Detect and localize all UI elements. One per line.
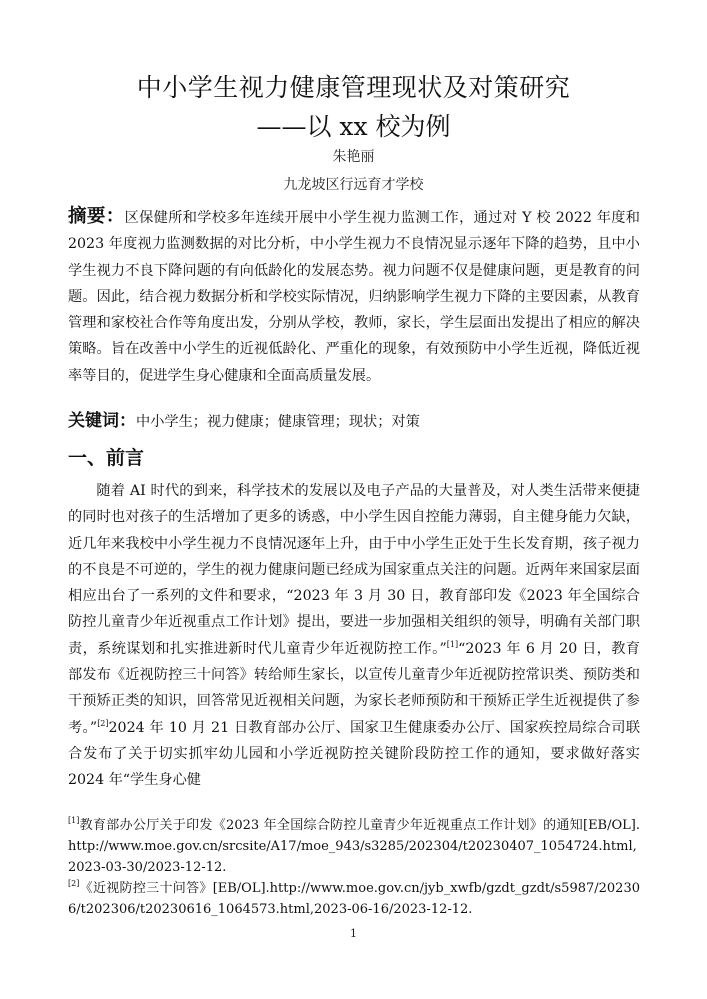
intro-text-part3: 2024 年 10 月 21 日教育部办公厅、国家卫生健康委办公厅、国家疾控局综… — [68, 720, 640, 789]
abstract-label: 摘要： — [68, 206, 125, 227]
footnote-marker-2: [2] — [68, 879, 79, 888]
intro-text-part1: 随着 AI 时代的到来，科学技术的发展以及电子产品的大量普及，对人类生活带来便捷… — [68, 483, 640, 657]
citation-ref-1[interactable]: [1] — [447, 640, 458, 649]
section-heading-introduction: 一、前言 — [68, 443, 144, 470]
abstract-block: 摘要：区保健所和学校多年连续开展中小学生视力监测工作，通过对 Y 校 2022 … — [68, 204, 640, 389]
abstract-text: 区保健所和学校多年连续开展中小学生视力监测工作，通过对 Y 校 2022 年度和… — [68, 210, 640, 384]
page-number: 1 — [0, 927, 707, 940]
title-subtitle: ——以 xx 校为例 — [0, 107, 707, 143]
footnote-2: [2]《近视防控三十问答》[EB/OL].http://www.moe.gov.… — [68, 878, 640, 920]
keywords-text: 中小学生；视力健康；健康管理；现状；对策 — [136, 414, 420, 430]
introduction-body: 随着 AI 时代的到来，科学技术的发展以及电子产品的大量普及，对人类生活带来便捷… — [68, 478, 640, 794]
document-page: 中小学生视力健康管理现状及对策研究 ——以 xx 校为例 朱艳丽 九龙坡区行远育… — [0, 0, 707, 999]
footnote-text-1: 教育部办公厅关于印发《2023 年全国综合防控儿童青少年近视重点工作计划》的通知… — [68, 818, 640, 875]
footnotes-block: [1]教育部办公厅关于印发《2023 年全国综合防控儿童青少年近视重点工作计划》… — [68, 815, 640, 920]
author-name: 朱艳丽 — [0, 146, 707, 166]
footnote-marker-1: [1] — [68, 816, 79, 825]
introduction-paragraph: 随着 AI 时代的到来，科学技术的发展以及电子产品的大量普及，对人类生活带来便捷… — [68, 478, 640, 794]
title-main: 中小学生视力健康管理现状及对策研究 — [0, 68, 707, 104]
footnote-1: [1]教育部办公厅关于印发《2023 年全国综合防控儿童青少年近视重点工作计划》… — [68, 815, 640, 878]
keywords-block: 关键词：中小学生；视力健康；健康管理；现状；对策 — [68, 408, 640, 435]
footnote-text-2: 《近视防控三十问答》[EB/OL].http://www.moe.gov.cn/… — [68, 881, 640, 917]
author-affiliation: 九龙坡区行远育才学校 — [0, 174, 707, 194]
citation-ref-2[interactable]: [2] — [97, 719, 108, 728]
keywords-label: 关键词： — [68, 411, 136, 431]
